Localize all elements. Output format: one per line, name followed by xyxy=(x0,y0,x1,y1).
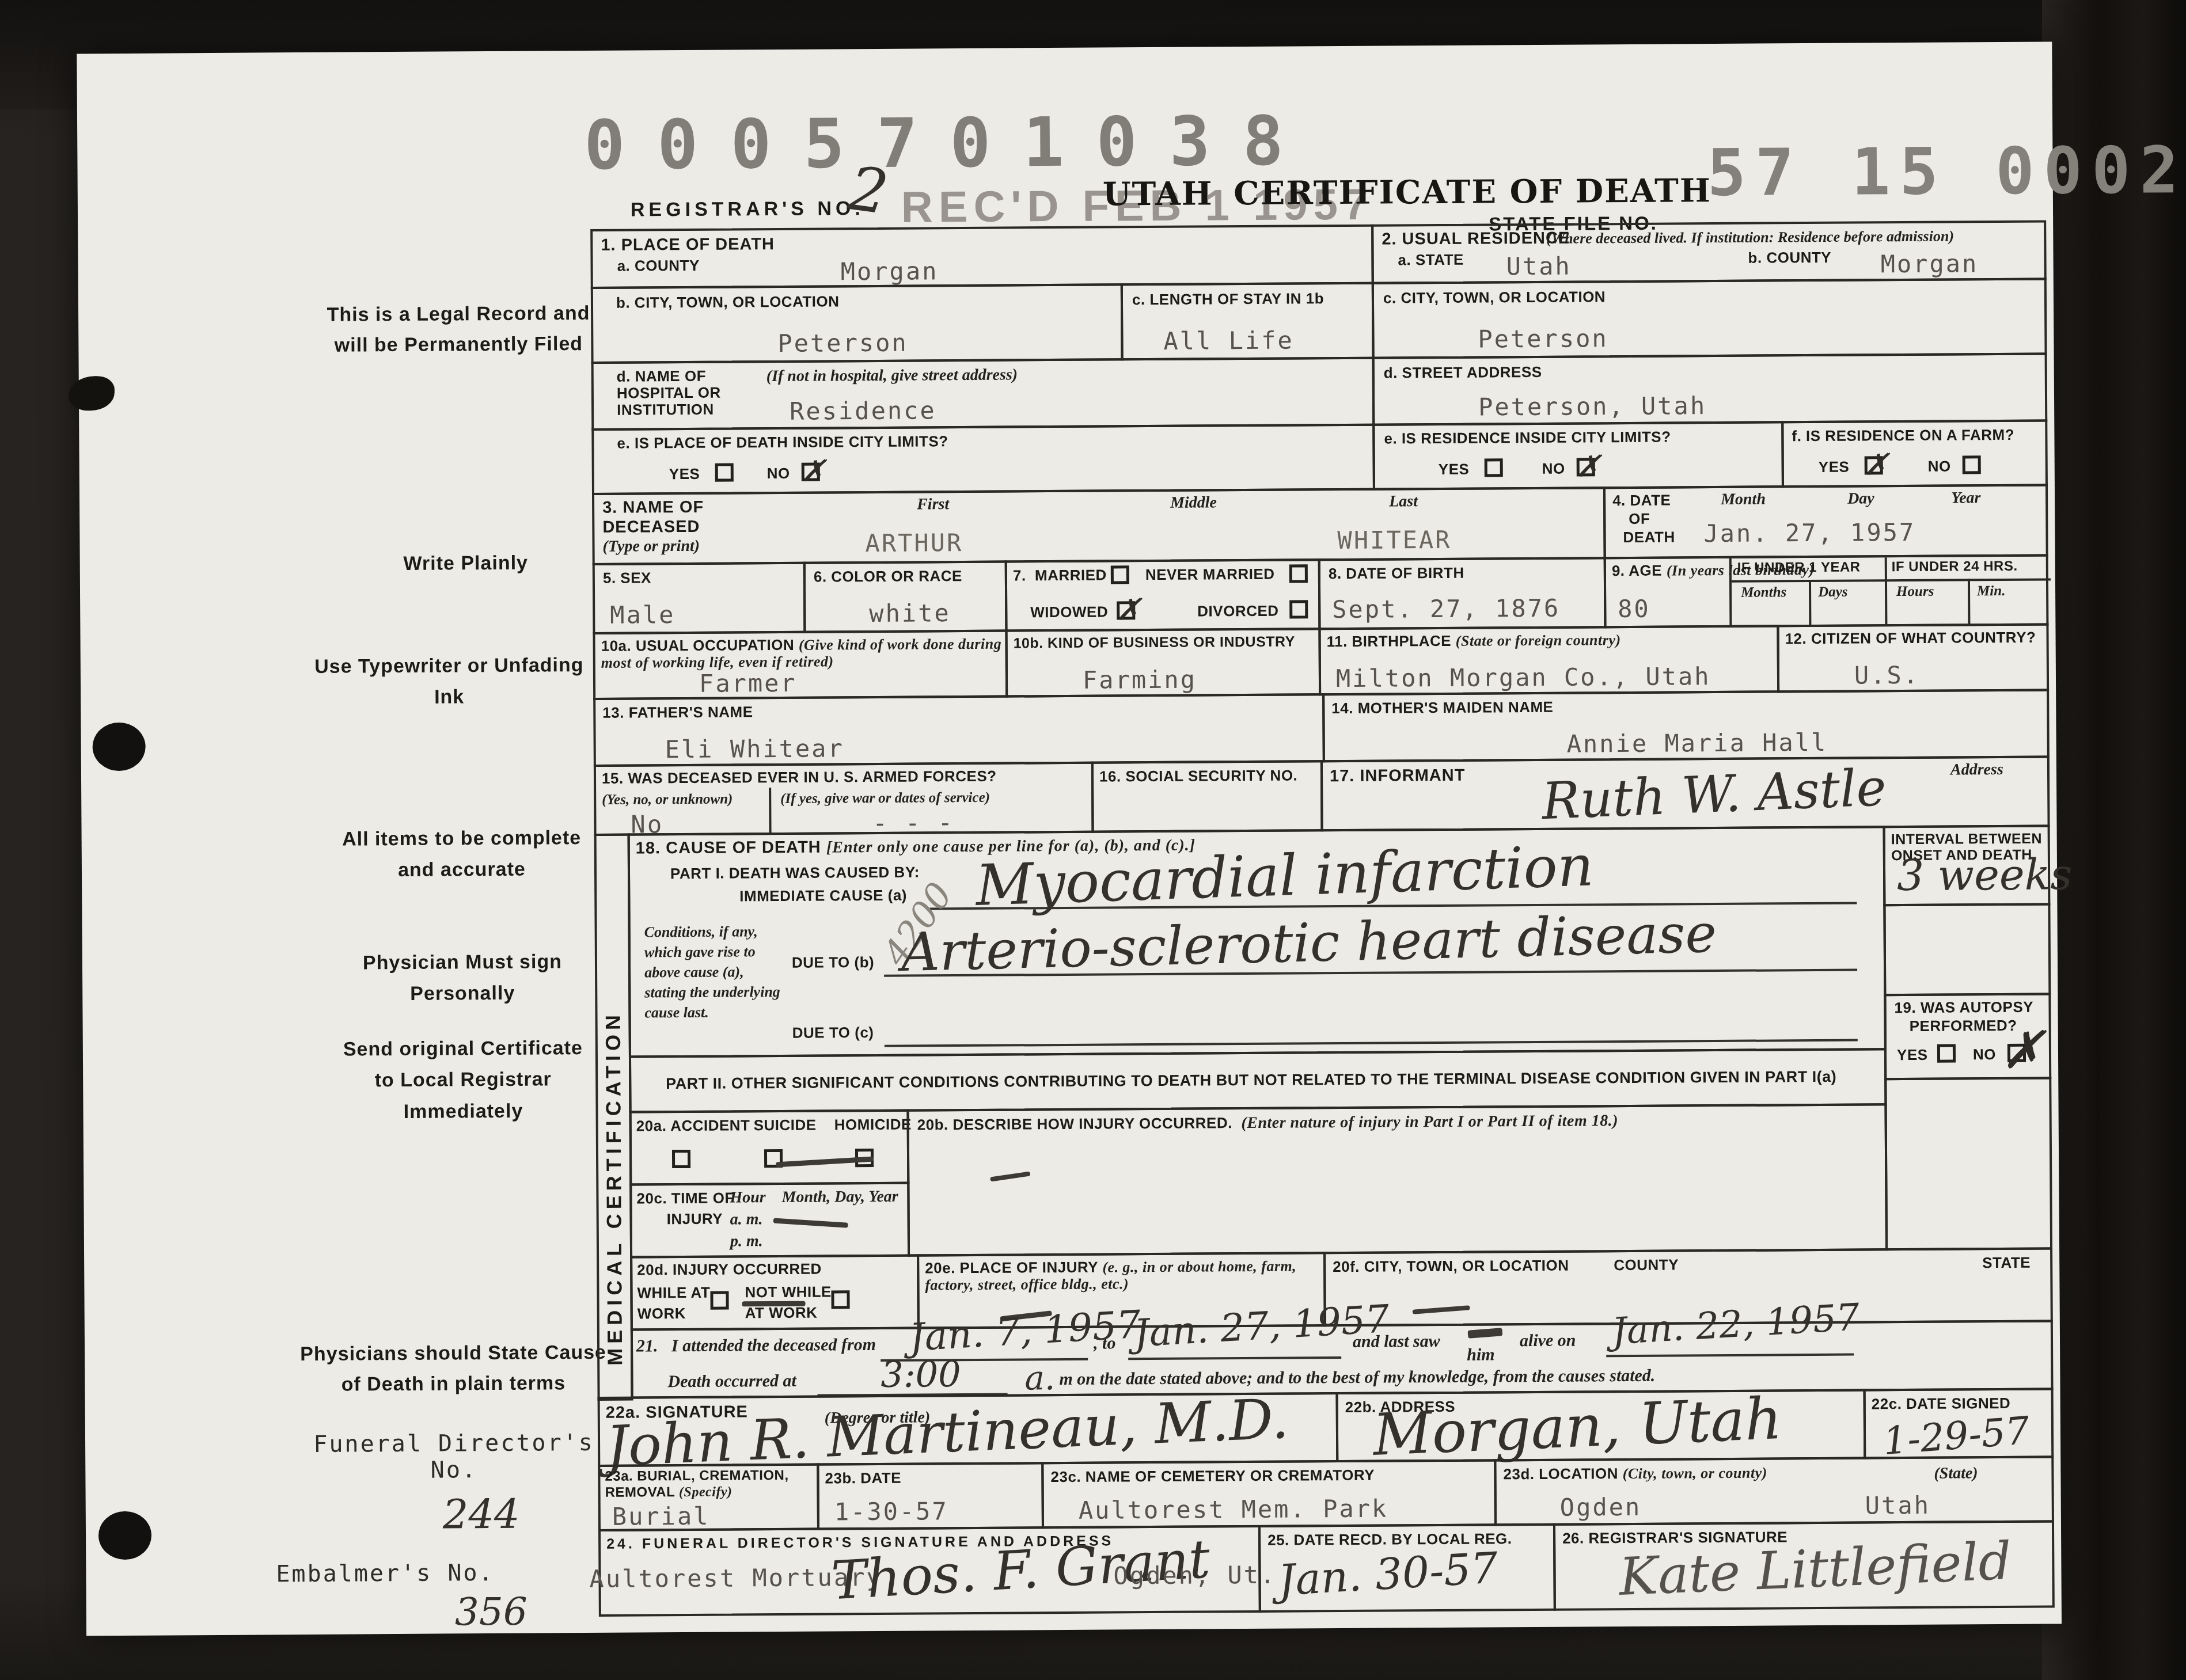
field-21-statement-line1: 21. I attended the deceased from xyxy=(636,1335,876,1356)
field-18-part2-label: PART II. OTHER SIGNIFICANT CONDITIONS CO… xyxy=(666,1068,1836,1093)
field-21-am: a. xyxy=(1024,1358,1055,1397)
embalmers-no-value: 356 xyxy=(455,1590,527,1635)
field-20d-notwhile-label2: AT WORK xyxy=(745,1305,818,1322)
field-10b-value: Farming xyxy=(1083,666,1197,694)
field-20a-accident-checkbox xyxy=(672,1150,690,1168)
field-10a-title: 10a. USUAL OCCUPATION xyxy=(601,636,795,655)
field-18-immediate-label: IMMEDIATE CAUSE (a) xyxy=(739,887,907,905)
field-2e-no-checkbox: ✗ xyxy=(1577,458,1595,476)
field-4-value: Jan. 27, 1957 xyxy=(1703,518,1915,548)
field-7-divorced-label: DIVORCED xyxy=(1197,603,1278,620)
field-17-label: 17. INFORMANT xyxy=(1330,766,1466,786)
field-15-note1: (Yes, no, or unknown) xyxy=(602,791,733,808)
field-23c-label: 23c. NAME OF CEMETERY OR CREMATORY xyxy=(1050,1467,1375,1486)
field-2d-street-address: d. STREET ADDRESS Peterson, Utah xyxy=(1372,353,2048,426)
field-1e-city-limits: e. IS PLACE OF DEATH INSIDE CITY LIMITS?… xyxy=(591,424,1375,495)
field-4-title1: 4. DATE xyxy=(1612,492,1671,510)
margin-note-complete: All items to be complete and accurate xyxy=(323,822,600,887)
right-column-empty-cell xyxy=(1884,1077,2052,1251)
field-21-p1: I attended the deceased from xyxy=(671,1335,876,1355)
field-1b-city: b. CITY, TOWN, OR LOCATION Peterson xyxy=(591,283,1124,364)
field-22b-address: 22b. ADDRESS Morgan, Utah xyxy=(1336,1389,1866,1462)
field-22c-date-signed: 22c. DATE SIGNED 1-29-57 xyxy=(1864,1388,2054,1459)
field-12-citizen: 12. CITIZEN OF WHAT COUNTRY? U.S. xyxy=(1777,624,2049,693)
field-2e-yes-checkbox xyxy=(1485,458,1503,477)
hand-dash-20c xyxy=(773,1218,848,1228)
field-17-informant: 17. INFORMANT Address Ruth W. Astle xyxy=(1320,755,2050,831)
field-2e-city-limits: e. IS RESIDENCE INSIDE CITY LIMITS? YES … xyxy=(1372,421,1784,490)
field-20a-label: 20a. ACCIDENT xyxy=(636,1117,750,1134)
field-20f-label: 20f. CITY, TOWN, OR LOCATION xyxy=(1333,1257,1569,1276)
field-2f-no-label: NO xyxy=(1928,458,1951,475)
field-23d-note: (City, town, or county) xyxy=(1623,1465,1767,1483)
field-9-under1-label: IF UNDER 1 YEAR xyxy=(1737,560,1861,576)
field-19-label1: 19. WAS AUTOPSY xyxy=(1894,999,2033,1017)
field-6-value: white xyxy=(869,599,951,628)
field-11-note: (State or foreign country) xyxy=(1456,632,1621,649)
field-17-value: Ruth W. Astle xyxy=(1540,758,1887,831)
field-14-value: Annie Maria Hall xyxy=(1567,728,1828,758)
field-20a-num: 20a. xyxy=(636,1117,667,1134)
field-14-mother: 14. MOTHER'S MAIDEN NAME Annie Maria Hal… xyxy=(1322,689,2050,763)
field-9-age: 9. AGE (In years last birthday) 80 IF UN… xyxy=(1604,554,2049,629)
field-23c-cemetery: 23c. NAME OF CEMETERY OR CREMATORY Aulto… xyxy=(1041,1459,1497,1529)
field-20c-label1: 20c. TIME OF xyxy=(636,1189,734,1207)
field-2f-yes-mark: ✗ xyxy=(1864,447,1889,482)
field-21-p6: m on the date stated above; and to the b… xyxy=(1059,1366,1655,1389)
field-7-never-checkbox xyxy=(1289,564,1308,583)
margin-note-send-original: Send original Certificate to Local Regis… xyxy=(336,1032,590,1128)
field-17-address-label: Address xyxy=(1950,761,2003,780)
field-19-yes-label: YES xyxy=(1897,1047,1928,1063)
field-20b-describe-injury: 20b. DESCRIBE HOW INJURY OCCURRED. (Ente… xyxy=(907,1103,1888,1256)
field-1a-label: a. COUNTY xyxy=(617,257,699,275)
field-7-married-label: 7. MARRIED xyxy=(1013,567,1107,584)
margin-note-typewriter: Use Typewriter or Unfading Ink xyxy=(299,649,599,714)
field-19-no-checkbox: ✗ xyxy=(2007,1044,2026,1062)
field-23b-date: 23b. DATE 1-30-57 xyxy=(817,1462,1044,1530)
field-20d-notwhile-checkbox xyxy=(831,1290,849,1309)
field-7-widowed-mark: ✗ xyxy=(1116,592,1141,627)
field-23a-value: Burial xyxy=(612,1502,710,1531)
field-1a-value: Morgan xyxy=(840,257,938,286)
field-2a-label: a. STATE xyxy=(1398,252,1463,269)
embalmers-no-label: Embalmer's No. xyxy=(276,1560,494,1587)
field-2-title: 2. USUAL RESIDENCE xyxy=(1382,229,1570,249)
scan-background: This is a Legal Record and will be Perma… xyxy=(0,0,2186,1680)
field-3-first-value: ARTHUR xyxy=(865,529,963,557)
field-5-label: 5. SEX xyxy=(603,569,651,587)
field-23a-removal: REMOVAL xyxy=(605,1484,675,1500)
field-20b-label: 20b. DESCRIBE HOW INJURY OCCURRED. (Ente… xyxy=(917,1112,1618,1134)
field-3-name-of-deceased: 3. NAME OF DECEASED (Type or print) Firs… xyxy=(592,486,1606,565)
field-18-cause-of-death: 18. CAUSE OF DEATH [Enter only one cause… xyxy=(628,826,1887,1058)
field-6-color-or-race: 6. COLOR OR RACE white xyxy=(803,561,1008,633)
field-2d-label: d. STREET ADDRESS xyxy=(1384,364,1542,382)
field-10a-value: Farmer xyxy=(699,669,797,698)
field-20b-note: (Enter nature of injury in Part I or Par… xyxy=(1241,1112,1618,1132)
field-1-title: 1. PLACE OF DEATH xyxy=(601,235,775,255)
serial-number-stamp: 0005701038 xyxy=(584,101,1316,185)
field-1e-label: e. IS PLACE OF DEATH INSIDE CITY LIMITS? xyxy=(617,433,948,452)
field-22c-label: 22c. DATE SIGNED xyxy=(1872,1395,2011,1413)
field-21-line3 xyxy=(1606,1354,1854,1358)
field-9-value: 80 xyxy=(1618,595,1650,623)
field-16-ssn: 16. SOCIAL SECURITY NO. xyxy=(1091,760,1323,833)
hand-dash-20f xyxy=(1413,1305,1470,1314)
field-1e-no-checkbox: ✗ xyxy=(802,463,820,481)
field-15-note2: (If yes, give war or dates of service) xyxy=(780,790,990,807)
field-20c-hour-label: Hour xyxy=(730,1188,765,1207)
field-7-divorced-checkbox xyxy=(1289,600,1308,618)
ink-smudge xyxy=(69,376,115,411)
field-11-label: 11. BIRTHPLACE (State or foreign country… xyxy=(1327,632,1621,650)
state-file-number-stamp: 57 15 0002 xyxy=(1707,133,2186,211)
punch-hole-bottom xyxy=(98,1511,152,1560)
field-20d-while-checkbox xyxy=(710,1291,728,1310)
field-1c-length-of-stay: c. LENGTH OF STAY IN 1b All Life xyxy=(1121,282,1375,361)
field-20c-mdy-label: Month, Day, Year xyxy=(781,1188,898,1207)
field-13-father: 13. FATHER'S NAME Eli Whitear xyxy=(593,693,1325,767)
field-4-title3: DEATH xyxy=(1623,529,1675,546)
field-19-autopsy: 19. WAS AUTOPSY PERFORMED? YES NO ✗ xyxy=(1884,993,2051,1080)
field-20f-state-label: STATE xyxy=(1982,1255,2031,1272)
field-1c-value: All Life xyxy=(1163,326,1294,355)
field-23d-label: 23d. LOCATION (City, town, or county) xyxy=(1503,1465,1767,1483)
field-23d-location: 23d. LOCATION (City, town, or county) (S… xyxy=(1494,1455,2054,1526)
medical-certification-label: MEDICAL CERTIFICATION xyxy=(600,876,627,1366)
certificate-title-rest: CERTIFICATE OF DEATH xyxy=(1234,172,1711,212)
field-24-address: Ogden, Ut. xyxy=(1113,1561,1276,1590)
certificate-title: UTAH CERTIFICATE OF DEATH xyxy=(1103,172,1711,213)
field-1e-no-label: NO xyxy=(767,465,790,482)
field-3-first-label: First xyxy=(917,495,949,514)
field-2f-farm: f. IS RESIDENCE ON A FARM? YES ✗ NO xyxy=(1781,420,2048,488)
field-18c-line xyxy=(885,1039,1858,1047)
field-18-due-c-label: DUE TO (c) xyxy=(792,1024,874,1042)
field-20d-label: 20d. INJURY OCCURRED xyxy=(637,1261,822,1279)
certificate-title-utah: UTAH xyxy=(1103,174,1213,213)
field-1d-label: d. NAME OF HOSPITAL OR INSTITUTION xyxy=(617,367,756,419)
field-1-place-of-death: 1. PLACE OF DEATH a. COUNTY Morgan xyxy=(590,225,1374,289)
field-2e-no-label: NO xyxy=(1542,461,1565,477)
field-13-value: Eli Whitear xyxy=(665,734,844,763)
field-23c-value: Aultorest Mem. Park xyxy=(1079,1495,1388,1525)
field-21-p4: alive on xyxy=(1520,1331,1576,1351)
field-23d-state-label: (State) xyxy=(1934,1464,1978,1483)
field-22b-value: Morgan, Utah xyxy=(1372,1385,1783,1469)
margin-note-physician-sign: Physician Must sign Personally xyxy=(336,946,590,1010)
field-9-days-label: Days xyxy=(1818,584,1848,600)
field-4-year-label: Year xyxy=(1951,489,1981,507)
field-20c-pm-label: p. m. xyxy=(730,1232,763,1251)
field-5-sex: 5. SEX Male xyxy=(593,562,806,634)
field-18-part2: PART II. OTHER SIGNIFICANT CONDITIONS CO… xyxy=(629,1048,1887,1113)
field-22c-value: 1-29-57 xyxy=(1881,1408,2031,1464)
field-1e-yes-checkbox xyxy=(715,463,734,481)
field-2c-value: Peterson xyxy=(1478,324,1608,353)
field-1d-note: (If not in hospital, give street address… xyxy=(766,366,1018,386)
field-11-value: Milton Morgan Co., Utah xyxy=(1336,662,1711,693)
field-1d-value: Residence xyxy=(790,396,936,425)
field-18-conditions-note: Conditions, if any, which gave rise to a… xyxy=(644,921,783,1023)
field-2f-yes-checkbox: ✗ xyxy=(1865,456,1883,474)
field-2c-city: c. CITY, TOWN, OR LOCATION Peterson xyxy=(1372,278,2047,359)
field-18-title-text: 18. CAUSE OF DEATH xyxy=(636,838,821,858)
field-2f-yes-label: YES xyxy=(1819,459,1850,476)
field-21-him: him xyxy=(1467,1345,1495,1364)
field-3-last-label: Last xyxy=(1389,492,1418,511)
field-8-label: 8. DATE OF BIRTH xyxy=(1329,565,1464,583)
field-9-title: 9. AGE xyxy=(1612,562,1662,580)
field-19-yes-checkbox xyxy=(1937,1044,1956,1063)
field-13-label: 13. FATHER'S NAME xyxy=(602,704,753,721)
field-23b-label: 23b. DATE xyxy=(825,1470,901,1487)
field-4-month-label: Month xyxy=(1721,491,1766,509)
field-18-interval-value: 3 weeks xyxy=(1897,850,2073,900)
medical-certification-strip: MEDICAL CERTIFICATION xyxy=(594,834,633,1401)
field-2a-value: Utah xyxy=(1506,252,1571,281)
field-21-num: 21. xyxy=(636,1336,658,1355)
field-1d-hospital: d. NAME OF HOSPITAL OR INSTITUTION (If n… xyxy=(591,357,1375,431)
field-20c-am-label: a. m. xyxy=(730,1210,763,1229)
field-9-months-label: Months xyxy=(1741,584,1786,600)
margin-note-legal-record: This is a Legal Record and will be Perma… xyxy=(320,298,597,360)
field-23a-note: (Specify) xyxy=(679,1484,733,1500)
field-20d-injury-occurred: 20d. INJURY OCCURRED WHILE AT WORK NOT W… xyxy=(630,1255,920,1331)
field-21-p3: and last saw xyxy=(1353,1332,1440,1352)
field-6-label: 6. COLOR OR RACE xyxy=(814,568,962,586)
field-7-widowed-checkbox: ✗ xyxy=(1117,601,1135,619)
field-2b-value: Morgan xyxy=(1880,249,1978,278)
field-2f-no-checkbox xyxy=(1963,455,1981,474)
field-20c-label2: INJURY xyxy=(667,1211,723,1228)
field-7-married-text: MARRIED xyxy=(1035,566,1107,584)
field-20d-while-label2: WORK xyxy=(637,1305,686,1322)
field-11-birthplace: 11. BIRTHPLACE (State or foreign country… xyxy=(1318,625,1779,695)
field-9-min-label: Min. xyxy=(1977,583,2006,599)
field-25-date-received: 25. DATE RECD. BY LOCAL REG. Jan. 30-57 xyxy=(1258,1523,1556,1613)
field-1b-value: Peterson xyxy=(777,329,908,358)
field-4-title2: OF xyxy=(1629,511,1650,527)
field-7-married-checkbox xyxy=(1111,565,1129,584)
field-15-label: 15. WAS DECEASED EVER IN U. S. ARMED FOR… xyxy=(602,768,997,787)
field-21-attended: 21. I attended the deceased from Jan. 7,… xyxy=(631,1320,2054,1398)
field-21-p2: , to xyxy=(1094,1333,1116,1353)
field-5-value: Male xyxy=(610,600,675,629)
field-20a-homicide-label: HOMICIDE xyxy=(834,1116,912,1134)
field-20a-accident: 20a. ACCIDENT SUICIDE HOMICIDE xyxy=(629,1109,910,1186)
hand-dash-20b xyxy=(990,1171,1030,1181)
field-20d-while-label: WHILE AT xyxy=(637,1284,710,1302)
field-1c-label: c. LENGTH OF STAY IN 1b xyxy=(1132,290,1324,308)
field-20c-time-of-injury: 20c. TIME OF INJURY Hour Month, Day, Yea… xyxy=(629,1182,910,1259)
field-18-due-b-label: DUE TO (b) xyxy=(792,954,874,971)
field-18-interval: INTERVAL BETWEEN ONSET AND DEATH 3 weeks xyxy=(1883,824,2051,906)
field-15-armed-forces: 15. WAS DECEASED EVER IN U. S. ARMED FOR… xyxy=(594,762,1094,836)
field-23d-title: 23d. LOCATION xyxy=(1503,1465,1618,1483)
field-25-value: Jan. 30-57 xyxy=(1277,1543,1499,1605)
field-8-date-of-birth: 8. DATE OF BIRTH Sept. 27, 1876 xyxy=(1318,557,1607,630)
interval-empty-cell xyxy=(1883,903,2051,996)
field-23a-label: 23a. BURIAL, CREMATION, xyxy=(605,1468,788,1485)
field-20a-suicide-label: SUICIDE xyxy=(754,1117,817,1134)
field-23d-city-value: Ogden xyxy=(1560,1493,1642,1522)
field-2e-no-mark: ✗ xyxy=(1576,449,1601,484)
field-20b-title: 20b. DESCRIBE HOW INJURY OCCURRED. xyxy=(917,1114,1232,1133)
field-23a-burial: 23a. BURIAL, CREMATION, REMOVAL (Specify… xyxy=(598,1464,819,1531)
field-3-last-value: WHITEAR xyxy=(1337,526,1451,554)
field-14-label: 14. MOTHER'S MAIDEN NAME xyxy=(1331,699,1553,717)
field-4-day-label: Day xyxy=(1847,489,1874,508)
field-7-widowed-label: WIDOWED xyxy=(1030,603,1108,621)
field-1e-yes-label: YES xyxy=(669,466,700,482)
scribble-her xyxy=(1467,1328,1502,1339)
field-22a-signature: 22a. SIGNATURE (Degree or title) John R.… xyxy=(598,1392,1339,1467)
field-20d-notwhile-label: NOT WHILE xyxy=(745,1283,832,1301)
field-2b-label: b. COUNTY xyxy=(1748,249,1831,267)
field-7-never-label: NEVER MARRIED xyxy=(1145,566,1275,583)
field-2c-label: c. CITY, TOWN, OR LOCATION xyxy=(1383,288,1606,306)
certificate-page: This is a Legal Record and will be Perma… xyxy=(77,41,2062,1636)
field-19-no-label: NO xyxy=(1973,1046,1996,1063)
field-23a-label2: REMOVAL (Specify) xyxy=(605,1484,733,1500)
book-spine xyxy=(2042,0,2186,1680)
field-21-time: 3:00 xyxy=(881,1353,961,1396)
field-1b-label: b. CITY, TOWN, OR LOCATION xyxy=(616,293,840,311)
field-18-part1-label: PART I. DEATH WAS CAUSED BY: xyxy=(670,864,920,882)
field-12-label: 12. CITIZEN OF WHAT COUNTRY? xyxy=(1785,629,2036,648)
field-21-line2 xyxy=(1128,1356,1341,1360)
field-10a-occupation: 10a. USUAL OCCUPATION (Give kind of work… xyxy=(593,630,1008,700)
field-2-note: (Where deceased lived. If institution: R… xyxy=(1546,227,1954,247)
field-9-hours-label: Hours xyxy=(1896,584,1934,600)
field-2f-label: f. IS RESIDENCE ON A FARM? xyxy=(1792,427,2014,444)
field-16-label: 16. SOCIAL SECURITY NO. xyxy=(1099,767,1297,785)
field-10a-label: 10a. USUAL OCCUPATION (Give kind of work… xyxy=(601,636,1005,672)
field-2-usual-residence: 2. USUAL RESIDENCE (Where deceased lived… xyxy=(1371,221,2047,284)
punch-hole-top xyxy=(92,723,146,771)
registrars-no-label: REGISTRAR'S NO. xyxy=(631,197,864,222)
field-23d-state-value: Utah xyxy=(1865,1491,1930,1520)
margin-note-plain-terms: Physicians should State Cause of Death i… xyxy=(292,1337,615,1400)
field-2e-label: e. IS RESIDENCE INSIDE CITY LIMITS? xyxy=(1384,429,1671,447)
field-9-under24-label: IF UNDER 24 HRS. xyxy=(1892,559,2018,575)
field-19-no-mark: ✗ xyxy=(2001,1020,2045,1081)
field-20f-county-label: COUNTY xyxy=(1614,1256,1679,1274)
hand-dash-20d xyxy=(742,1301,806,1307)
field-12-value: U.S. xyxy=(1854,661,1919,690)
field-21-p5: Death occurred at xyxy=(667,1371,796,1392)
field-1e-no-mark: ✗ xyxy=(801,454,826,488)
field-8-value: Sept. 27, 1876 xyxy=(1332,594,1560,624)
field-20a-accident-label: ACCIDENT xyxy=(670,1116,750,1134)
field-3-title3: (Type or print) xyxy=(602,537,700,556)
field-26-registrar-signature: 26. REGISTRAR'S SIGNATURE Kate Littlefie… xyxy=(1553,1520,2055,1610)
field-20e-label: 20e. PLACE OF INJURY (e. g., in or about… xyxy=(925,1257,1323,1293)
field-23b-value: 1-30-57 xyxy=(834,1497,948,1526)
field-3-title1: 3. NAME OF xyxy=(602,498,704,518)
margin-note-write-plainly: Write Plainly xyxy=(333,552,598,576)
field-20e-title: 20e. PLACE OF INJURY xyxy=(925,1259,1098,1277)
field-4-date-of-death: 4. DATE OF DEATH Month Day Year Jan. 27,… xyxy=(1603,484,2048,560)
field-2e-yes-label: YES xyxy=(1439,461,1470,478)
field-7-marital-status: 7. MARRIED NEVER MARRIED WIDOWED ✗ DIVOR… xyxy=(1005,558,1321,632)
field-11-title: 11. BIRTHPLACE xyxy=(1326,632,1451,650)
field-10b-label: 10b. KIND OF BUSINESS OR INDUSTRY xyxy=(1014,633,1295,651)
funeral-directors-no-value: 244 xyxy=(443,1491,520,1538)
field-10b-industry: 10b. KIND OF BUSINESS OR INDUSTRY Farmin… xyxy=(1005,628,1321,697)
field-3-title2: DECEASED xyxy=(602,518,700,537)
field-24-funeral-director: 24. FUNERAL DIRECTOR'S SIGNATURE AND ADD… xyxy=(598,1525,1261,1617)
field-2d-value: Peterson, Utah xyxy=(1478,392,1706,421)
field-3-middle-label: Middle xyxy=(1170,493,1217,512)
funeral-directors-no-label: Funeral Director's No. xyxy=(293,1430,616,1484)
